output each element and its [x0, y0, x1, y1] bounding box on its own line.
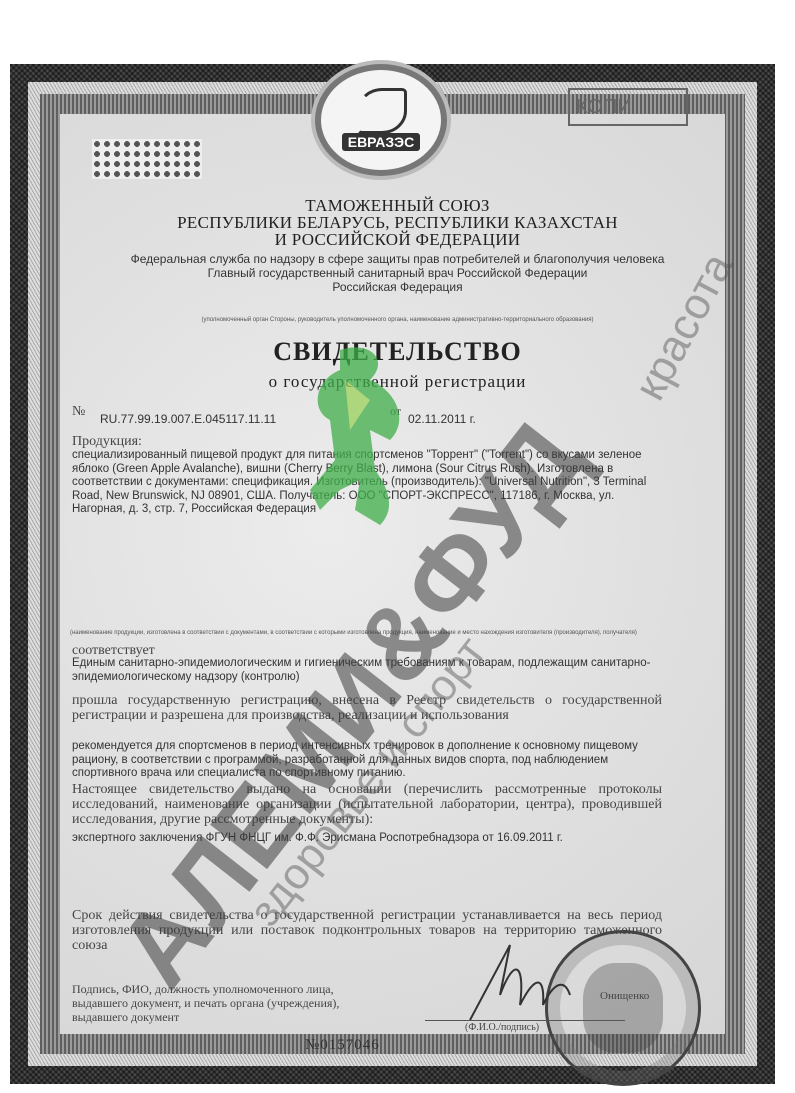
- conformity-text: Единым санитарно-эпидемиологическим и ги…: [72, 657, 662, 684]
- number-label: №: [72, 404, 85, 420]
- header-line3: И РОССИЙСКОЙ ФЕДЕРАЦИИ: [60, 231, 735, 249]
- evrazes-emblem: ЕВРАЗЭС: [315, 64, 447, 176]
- certificate-subtitle: о государственной регистрации: [60, 372, 735, 392]
- date-label: от: [390, 404, 401, 419]
- registration-number: RU.77.99.19.007.Е.045117.11.11: [100, 412, 276, 426]
- country-name: Российская Федерация: [60, 280, 735, 294]
- signature-line: [425, 1020, 625, 1021]
- conformity-label: соответствует: [72, 643, 662, 658]
- signature-scribble: [465, 935, 575, 1025]
- usage-text: рекомендуется для спортсменов в период и…: [72, 740, 662, 781]
- basis-text: экспертного заключения ФГУН ФНЦГ им. Ф.Ф…: [72, 832, 662, 846]
- emblem-icon: [357, 88, 407, 134]
- registry-text: прошла государственную регистрацию, внес…: [72, 693, 662, 723]
- basis-label: Настоящее свидетельство выдано на основа…: [72, 782, 662, 827]
- product-label: Продукция:: [72, 434, 662, 449]
- signature-label: Подпись, ФИО, должность уполномоченного …: [72, 982, 392, 1024]
- product-description: специализированный пищевой продукт для п…: [72, 449, 662, 517]
- authority-caption: (уполномоченный орган Стороны, руководит…: [60, 317, 735, 323]
- signature-caption: (Ф.И.О./подпись): [465, 1022, 539, 1033]
- officer-title: Главный государственный санитарный врач …: [60, 266, 735, 280]
- emblem-text: ЕВРАЗЭС: [342, 133, 421, 151]
- registration-date: 02.11.2011 г.: [408, 412, 476, 426]
- product-caption: (наименование продукции, изготовлена в с…: [70, 630, 725, 636]
- agency-name: Федеральная служба по надзору в сфере за…: [60, 252, 735, 266]
- security-pattern: [92, 139, 202, 179]
- copy-stamp: КОПИ: [568, 88, 688, 126]
- signatory-name: Онищенко: [600, 990, 649, 1002]
- certificate-title: СВИДЕТЕЛЬСТВО: [60, 337, 735, 367]
- coat-of-arms-icon: [583, 963, 663, 1053]
- serial-number: №0157046: [305, 1037, 380, 1054]
